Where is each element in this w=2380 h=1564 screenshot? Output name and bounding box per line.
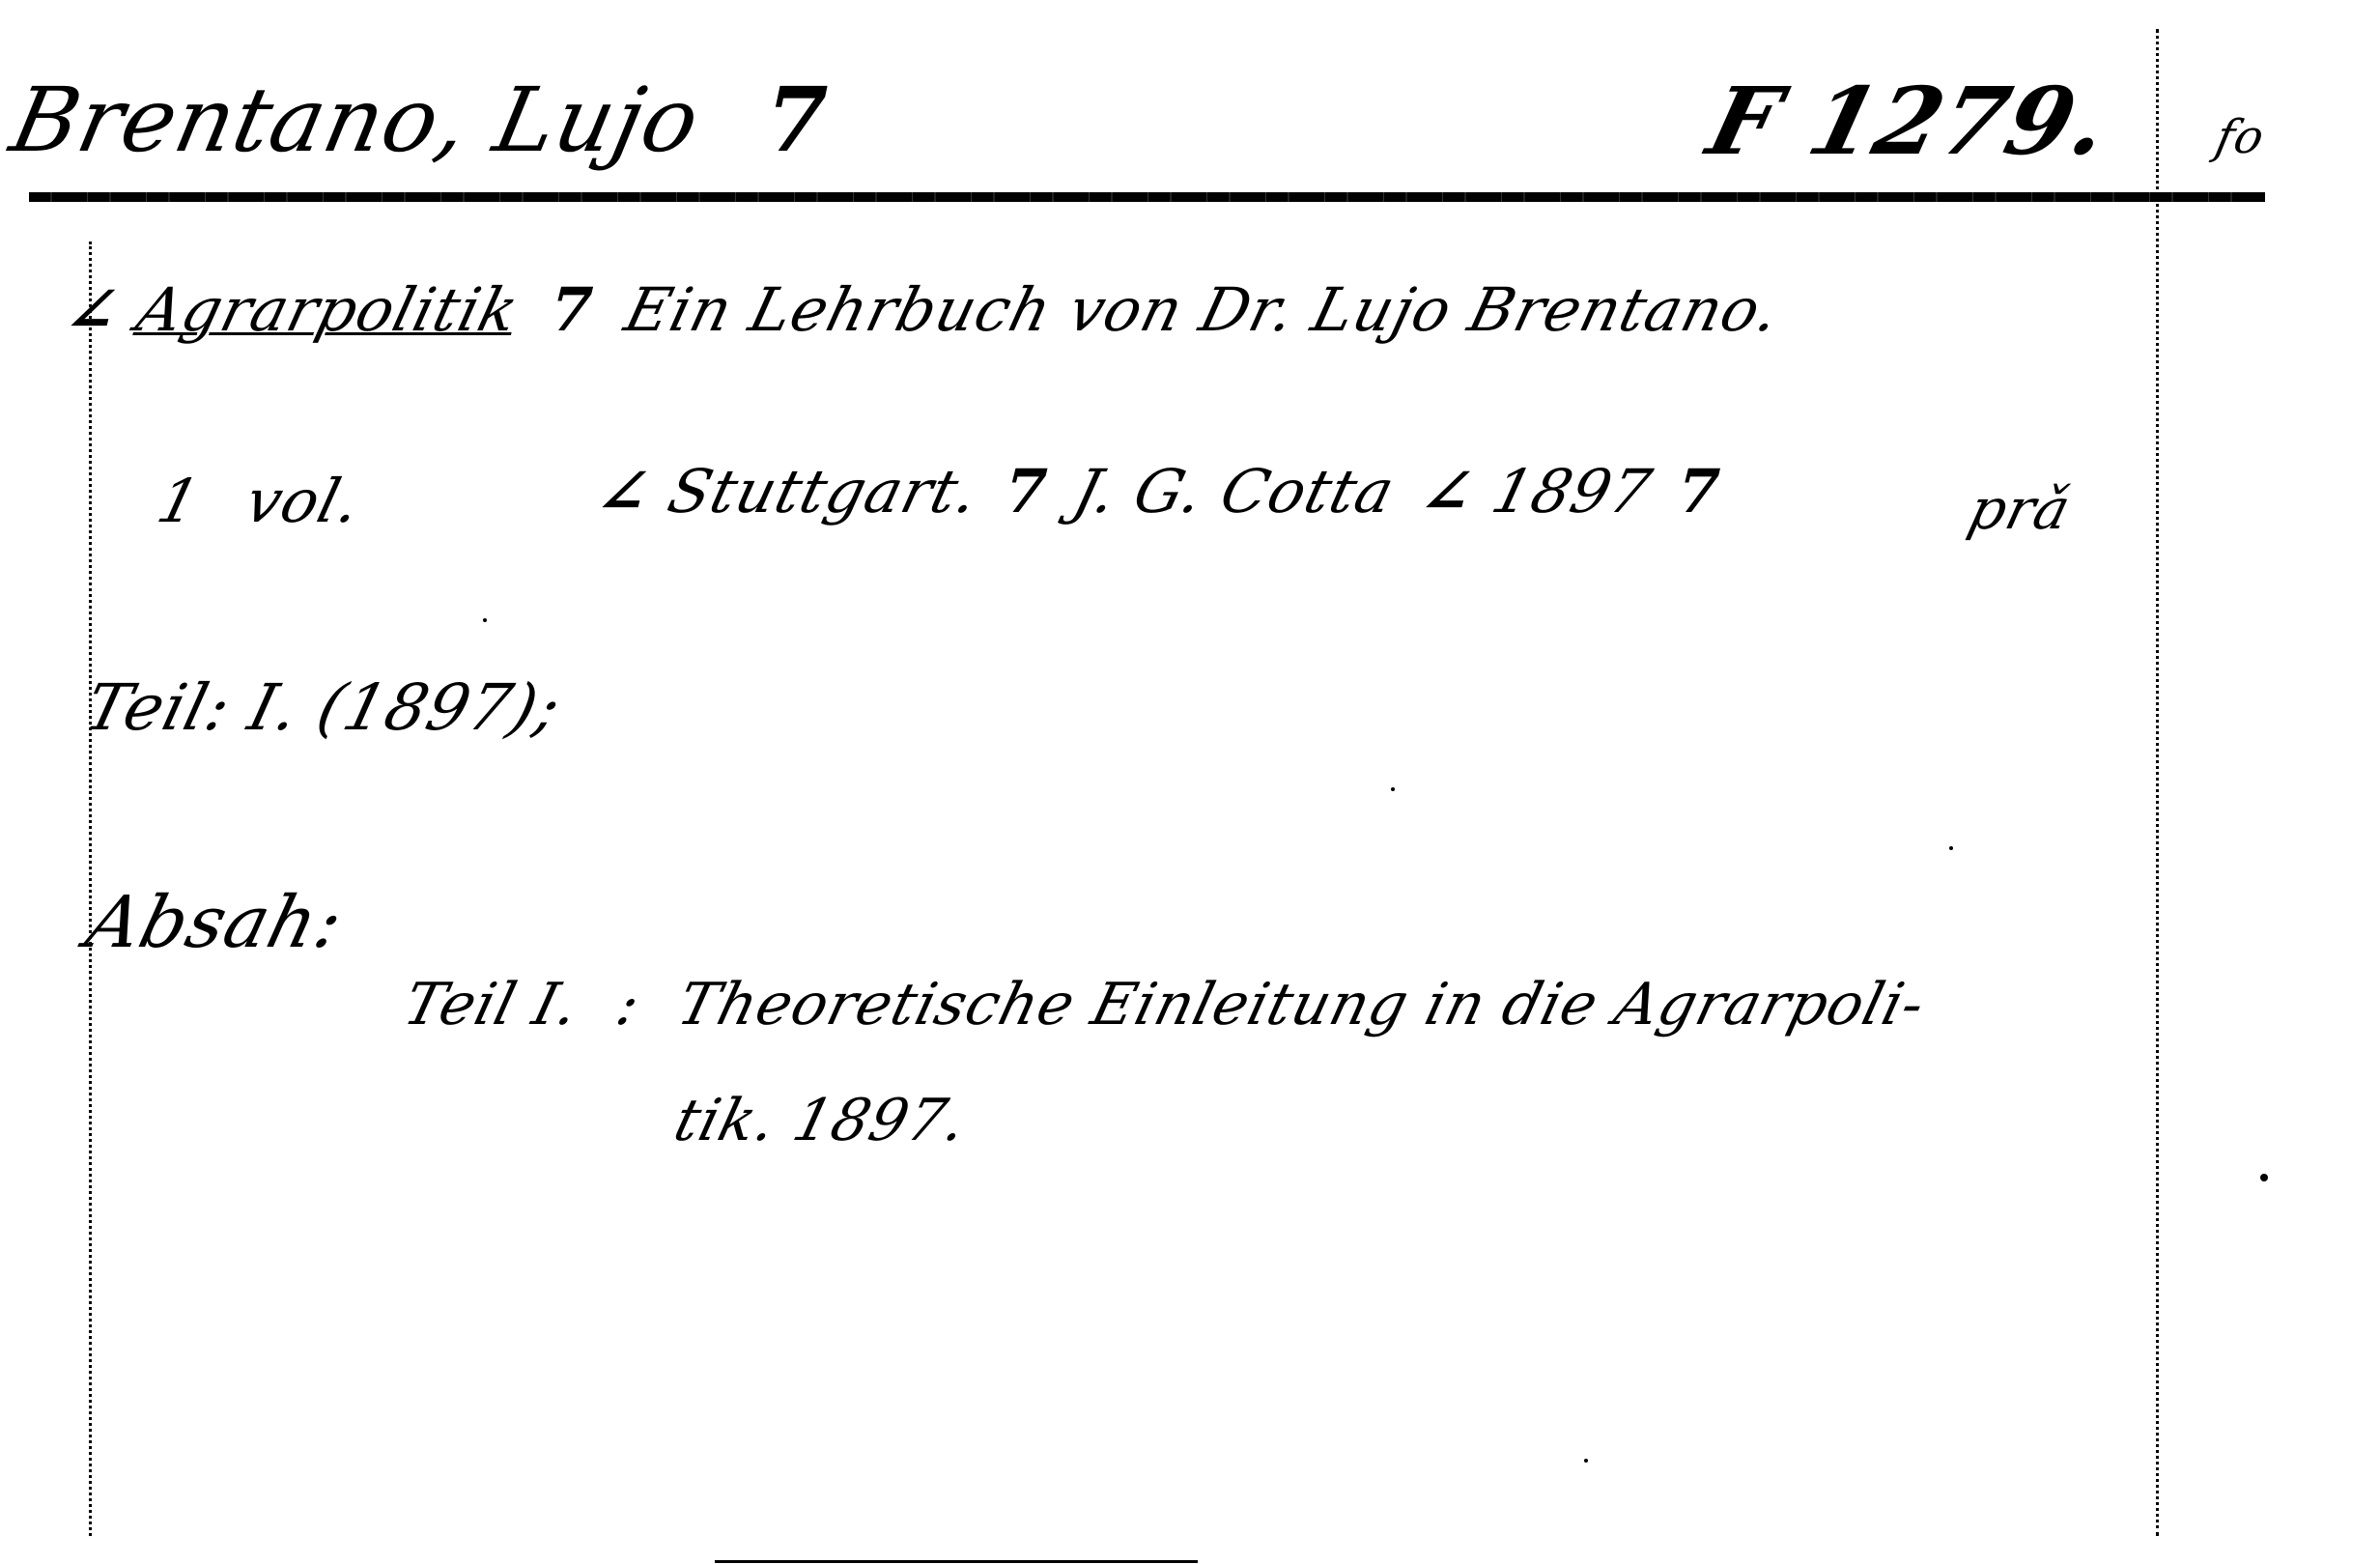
bottom-edge-rule bbox=[715, 1560, 1198, 1563]
year-bracket-open: ∠ bbox=[1415, 462, 1481, 522]
scan-speck bbox=[1391, 787, 1395, 791]
contents-item-continuation: tik. 1897. bbox=[669, 1092, 974, 1150]
author-heading: Brentano, Lujo 7 bbox=[4, 75, 838, 165]
heading-rule bbox=[29, 192, 2265, 202]
folio-mark: fo bbox=[2212, 114, 2269, 160]
volume-statement: 1 vol. bbox=[152, 471, 367, 531]
catalog-card: Brentano, Lujo 7 F 1279. fo ∠ Agrarpolit… bbox=[0, 0, 2380, 1564]
call-number: F 1279. bbox=[1700, 75, 2118, 168]
uniform-title: Agrarpolitik bbox=[130, 274, 526, 345]
title-statement: Ein Lehrbuch von Dr. Lujo Brentano. bbox=[618, 274, 1787, 345]
publication-year: 1897 bbox=[1485, 456, 1658, 526]
scan-speck bbox=[483, 618, 487, 622]
place-bracket-open: ∠ bbox=[591, 462, 657, 522]
parts-held: Teil: I. (1897); bbox=[79, 676, 568, 740]
left-margin-line bbox=[89, 242, 92, 1536]
volume-label: vol. bbox=[239, 466, 368, 536]
contents-label: Absah: bbox=[80, 887, 351, 958]
publisher: J. G. Cotta bbox=[1066, 456, 1402, 526]
title-line: ∠ Agrarpolitik 7 Ein Lehrbuch von Dr. Lu… bbox=[60, 280, 1785, 340]
place-bracket-close: 7 bbox=[998, 462, 1056, 522]
author-name: Brentano, Lujo bbox=[3, 69, 709, 172]
contents-title-line1: Theoretische Einleitung in die Agrarpoli… bbox=[671, 971, 1932, 1038]
format-mark: prǎ bbox=[1964, 481, 2077, 537]
year-bracket-close: 7 bbox=[1670, 462, 1728, 522]
title-bracket-close: 7 bbox=[543, 280, 601, 340]
scan-speck bbox=[1949, 846, 1953, 850]
scan-speck bbox=[1584, 1459, 1588, 1463]
volume-count: 1 bbox=[151, 466, 208, 536]
contents-separator: : bbox=[609, 971, 647, 1038]
contents-item: Teil I. : Theoretische Einleitung in die… bbox=[399, 976, 1931, 1034]
right-margin-line bbox=[2156, 29, 2159, 1536]
scan-speck bbox=[2260, 1174, 2268, 1181]
contents-part: Teil I. bbox=[397, 971, 586, 1038]
publication-place: Stuttgart. bbox=[662, 456, 986, 526]
title-bracket-open: ∠ bbox=[60, 280, 126, 340]
imprint: ∠ Stuttgart. 7 J. G. Cotta ∠ 1897 7 bbox=[591, 462, 1728, 522]
author-bracket-close: 7 bbox=[756, 75, 838, 164]
